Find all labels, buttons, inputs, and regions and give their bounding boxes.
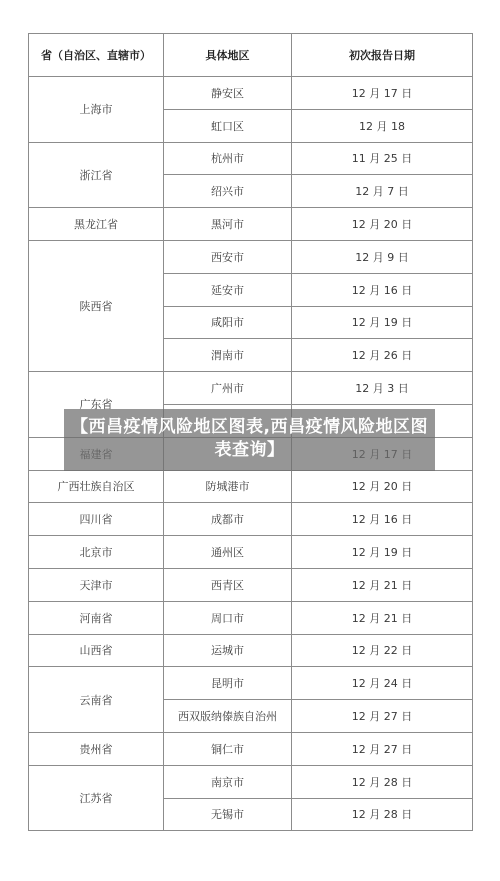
province-cell: 上海市 <box>29 77 164 143</box>
province-cell: 天津市 <box>29 568 164 601</box>
date-cell: 12 月 17 日 <box>292 77 473 110</box>
province-cell: 江苏省 <box>29 765 164 831</box>
area-cell: 广州市 <box>164 372 292 405</box>
header-date: 初次报告日期 <box>292 34 473 77</box>
title-banner: 【西昌疫情风险地区图表,西昌疫情风险地区图表查询】 <box>64 409 435 471</box>
province-cell: 浙江省 <box>29 142 164 208</box>
table-row: 山西省运城市12 月 22 日 <box>29 634 473 667</box>
area-cell: 静安区 <box>164 77 292 110</box>
province-cell: 贵州省 <box>29 732 164 765</box>
date-cell: 12 月 19 日 <box>292 306 473 339</box>
table-row: 天津市西青区12 月 21 日 <box>29 568 473 601</box>
area-cell: 延安市 <box>164 273 292 306</box>
date-cell: 12 月 3 日 <box>292 372 473 405</box>
area-cell: 绍兴市 <box>164 175 292 208</box>
table-row: 云南省昆明市12 月 24 日 <box>29 667 473 700</box>
date-cell: 12 月 7 日 <box>292 175 473 208</box>
date-cell: 12 月 21 日 <box>292 568 473 601</box>
date-cell: 12 月 26 日 <box>292 339 473 372</box>
area-cell: 防城港市 <box>164 470 292 503</box>
table-row: 河南省周口市12 月 21 日 <box>29 601 473 634</box>
table-row: 陕西省西安市12 月 9 日 <box>29 240 473 273</box>
area-cell: 成都市 <box>164 503 292 536</box>
date-cell: 12 月 21 日 <box>292 601 473 634</box>
header-area: 具体地区 <box>164 34 292 77</box>
date-cell: 12 月 9 日 <box>292 240 473 273</box>
date-cell: 11 月 25 日 <box>292 142 473 175</box>
area-cell: 昆明市 <box>164 667 292 700</box>
date-cell: 12 月 28 日 <box>292 798 473 831</box>
area-cell: 黑河市 <box>164 208 292 241</box>
date-cell: 12 月 16 日 <box>292 273 473 306</box>
area-cell: 南京市 <box>164 765 292 798</box>
date-cell: 12 月 20 日 <box>292 470 473 503</box>
province-cell: 陕西省 <box>29 240 164 371</box>
header-province: 省（自治区、直辖市） <box>29 34 164 77</box>
province-cell: 山西省 <box>29 634 164 667</box>
area-cell: 渭南市 <box>164 339 292 372</box>
province-cell: 云南省 <box>29 667 164 733</box>
province-cell: 广西壮族自治区 <box>29 470 164 503</box>
table-row: 江苏省南京市12 月 28 日 <box>29 765 473 798</box>
date-cell: 12 月 27 日 <box>292 700 473 733</box>
date-cell: 12 月 20 日 <box>292 208 473 241</box>
table-row: 广东省广州市12 月 3 日 <box>29 372 473 405</box>
table-row: 上海市静安区12 月 17 日 <box>29 77 473 110</box>
area-cell: 铜仁市 <box>164 732 292 765</box>
province-cell: 北京市 <box>29 536 164 569</box>
area-cell: 虹口区 <box>164 109 292 142</box>
date-cell: 12 月 16 日 <box>292 503 473 536</box>
area-cell: 西安市 <box>164 240 292 273</box>
area-cell: 西青区 <box>164 568 292 601</box>
area-cell: 通州区 <box>164 536 292 569</box>
date-cell: 12 月 22 日 <box>292 634 473 667</box>
area-cell: 无锡市 <box>164 798 292 831</box>
area-cell: 周口市 <box>164 601 292 634</box>
date-cell: 12 月 19 日 <box>292 536 473 569</box>
province-cell: 黑龙江省 <box>29 208 164 241</box>
table-row: 四川省成都市12 月 16 日 <box>29 503 473 536</box>
province-cell: 四川省 <box>29 503 164 536</box>
area-cell: 杭州市 <box>164 142 292 175</box>
table-row: 北京市通州区12 月 19 日 <box>29 536 473 569</box>
table-row: 广西壮族自治区防城港市12 月 20 日 <box>29 470 473 503</box>
table-row: 浙江省杭州市11 月 25 日 <box>29 142 473 175</box>
table-header-row: 省（自治区、直辖市） 具体地区 初次报告日期 <box>29 34 473 77</box>
date-cell: 12 月 28 日 <box>292 765 473 798</box>
date-cell: 12 月 18 <box>292 109 473 142</box>
table-row: 黑龙江省黑河市12 月 20 日 <box>29 208 473 241</box>
table-row: 贵州省铜仁市12 月 27 日 <box>29 732 473 765</box>
area-cell: 运城市 <box>164 634 292 667</box>
area-cell: 咸阳市 <box>164 306 292 339</box>
area-cell: 西双版纳傣族自治州 <box>164 700 292 733</box>
date-cell: 12 月 24 日 <box>292 667 473 700</box>
province-cell: 河南省 <box>29 601 164 634</box>
date-cell: 12 月 27 日 <box>292 732 473 765</box>
